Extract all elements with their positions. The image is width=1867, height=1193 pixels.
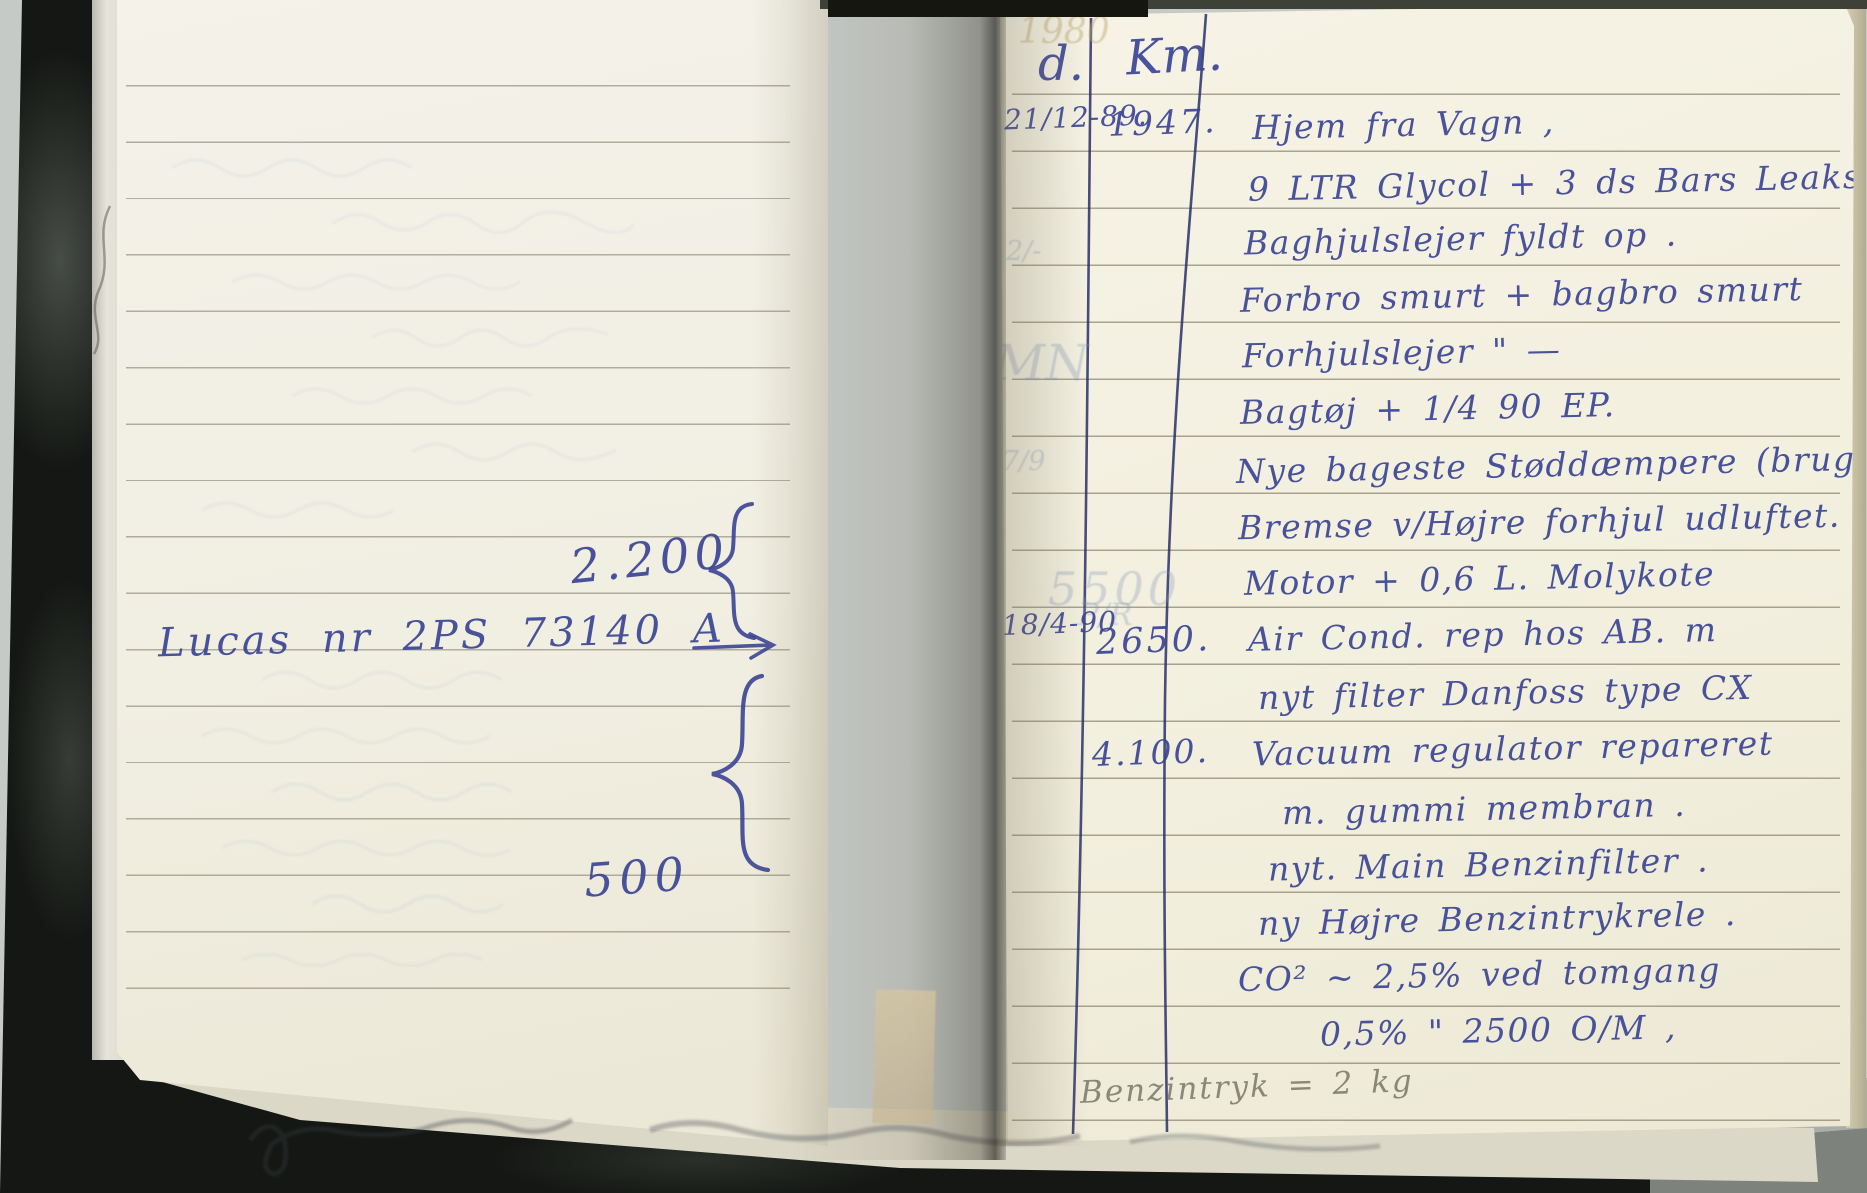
entry2-km-b: 4.100. <box>1091 734 1209 771</box>
entry2-line: m. gummi membran . <box>1282 788 1687 829</box>
amount-bottom: 500 <box>583 850 692 903</box>
entry2-line: ny Højre Benzintrykrele . <box>1258 897 1737 940</box>
entry2-line: Vacuum regulator repareret <box>1252 727 1774 771</box>
top-edge-wedge <box>828 0 1148 17</box>
notebook-photo: 2.200 Lucas nr 2PS 73140 A 500 1980 2/- … <box>0 0 1867 1193</box>
entry1-km: 1947. <box>1107 104 1218 141</box>
entry2-line: nyt filter Danfoss type CX <box>1258 671 1753 714</box>
entry2-line: CO² ~ 2,5% ved tomgang <box>1238 953 1721 996</box>
ghost-mark-mn: MN <box>994 338 1089 388</box>
ghost-mark-79: 7/9 <box>1002 448 1045 475</box>
entry2-km-a: 2650. <box>1095 622 1211 661</box>
right-page: 1980 2/- MN 7/9 5500 P/R d. Km. 21/12-89… <box>998 0 1858 1146</box>
entry1-line: Bagtøj + 1/4 90 EP. <box>1240 388 1616 429</box>
entry1-line: Hjem fra Vagn , <box>1252 105 1555 144</box>
entry1-line: Baghjulslejer fyldt op . <box>1244 217 1678 259</box>
entry2-line: nyt. Main Benzinfilter . <box>1268 843 1710 885</box>
ghost-mark-2: 2/- <box>1006 238 1041 265</box>
entry1-line: Forhjulslejer " — <box>1242 333 1562 373</box>
tape-strip <box>872 989 935 1125</box>
entry2-line: 0,5% " 2500 O/M , <box>1320 1010 1678 1050</box>
entry1-line: Motor + 0,6 L. Molykote <box>1244 557 1716 600</box>
left-page: 2.200 Lucas nr 2PS 73140 A 500 <box>112 0 828 1148</box>
km-column-header: Km. <box>1125 30 1224 83</box>
entry2-line: Air Cond. rep hos AB. m <box>1248 613 1718 656</box>
date-column-header: d. <box>1038 40 1084 88</box>
left-page-gutter-shade <box>752 0 828 1148</box>
